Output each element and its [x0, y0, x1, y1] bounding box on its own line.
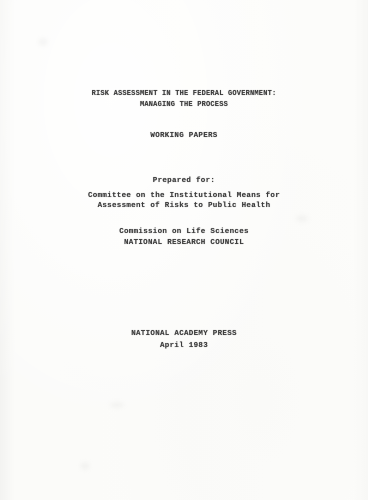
- committee-name-line-2: Assessment of Risks to Public Health: [0, 202, 368, 210]
- document-subtitle-working-papers: WORKING PAPERS: [0, 132, 368, 140]
- scan-smudge: [110, 402, 124, 408]
- scanned-title-page: RISK ASSESSMENT IN THE FEDERAL GOVERNMEN…: [0, 0, 368, 500]
- committee-name-line-1: Committee on the Institutional Means for: [0, 192, 368, 200]
- prepared-for-label: Prepared for:: [0, 177, 368, 185]
- scan-smudge: [80, 462, 90, 470]
- scan-smudge: [38, 38, 48, 46]
- document-title-line-1: RISK ASSESSMENT IN THE FEDERAL GOVERNMEN…: [0, 89, 368, 100]
- document-title-line-2: MANAGING THE PROCESS: [0, 100, 368, 111]
- scan-smudge: [296, 215, 308, 222]
- publication-date: April 1983: [0, 342, 368, 350]
- commission-name: Commission on Life Sciences: [0, 228, 368, 236]
- council-name: NATIONAL RESEARCH COUNCIL: [0, 239, 368, 247]
- publisher-name: NATIONAL ACADEMY PRESS: [0, 330, 368, 338]
